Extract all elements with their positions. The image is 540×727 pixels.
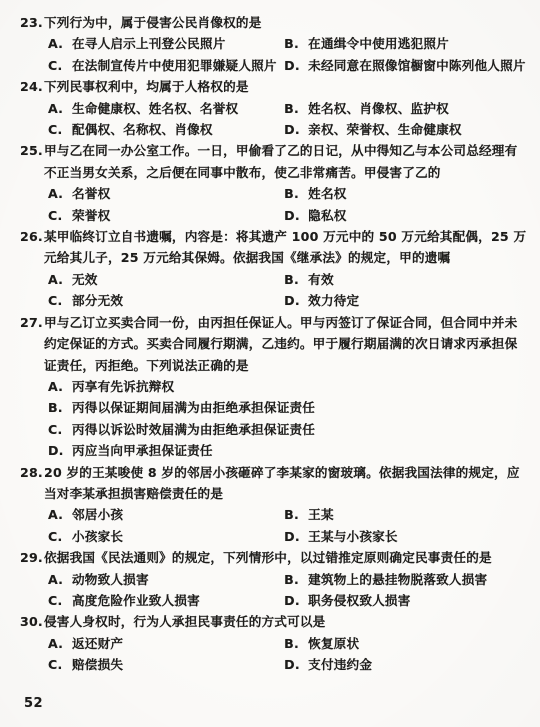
option-label: A.: [48, 183, 72, 204]
option-label: D.: [48, 440, 72, 461]
option-row: A.动物致人损害: [48, 569, 284, 590]
option-text: 王某: [308, 507, 334, 522]
option-label: C.: [48, 526, 72, 547]
option-text: 职务侵权致人损害: [308, 593, 410, 608]
option-row: C.高度危险作业致人损害: [48, 590, 284, 611]
option-row: C.配偶权、名称权、肖像权: [48, 119, 284, 140]
option-label: B.: [284, 98, 308, 119]
options-grid: A.丙享有先诉抗辩权B.丙得以保证期间届满为由拒绝承担保证责任C.丙得以诉讼时效…: [20, 376, 530, 462]
option-label: B.: [284, 269, 308, 290]
option-text: 动物致人损害: [72, 572, 149, 587]
question-block: 29.依据我国《民法通则》的规定，下列情形中，以过错推定原则确定民事责任的是A.…: [20, 547, 530, 611]
question-stem-text: 依据我国《民法通则》的规定，下列情形中，以过错推定原则确定民事责任的是: [44, 550, 492, 565]
options-grid: A.在寻人启示上刊登公民照片B.在通缉令中使用逃犯照片C.在法制宣传片中使用犯罪…: [20, 33, 530, 76]
option-text: 支付违约金: [308, 657, 372, 672]
question-number: 30.: [20, 611, 43, 632]
option-row: D.支付违约金: [284, 654, 530, 675]
option-text: 名誉权: [72, 186, 110, 201]
question-block: 27.甲与乙订立买卖合同一份，由丙担任保证人。甲与丙签订了保证合同，但合同中并未…: [20, 312, 530, 462]
option-row: D.未经同意在照像馆橱窗中陈列他人照片: [284, 55, 530, 76]
question-stem: 26.某甲临终订立自书遗嘱，内容是：将其遗产 100 万元中的 50 万元给其配…: [20, 226, 530, 269]
question-number: 25.: [20, 140, 43, 161]
option-text: 隐私权: [308, 208, 346, 223]
option-text: 姓名权: [308, 186, 346, 201]
option-row: A.生命健康权、姓名权、名誉权: [48, 98, 284, 119]
option-row: B.有效: [284, 269, 530, 290]
question-block: 26.某甲临终订立自书遗嘱，内容是：将其遗产 100 万元中的 50 万元给其配…: [20, 226, 530, 312]
option-text: 生命健康权、姓名权、名誉权: [72, 101, 238, 116]
question-list: 23.下列行为中，属于侵害公民肖像权的是A.在寻人启示上刊登公民照片B.在通缉令…: [20, 12, 530, 676]
option-text: 未经同意在照像馆橱窗中陈列他人照片: [308, 58, 526, 73]
question-number: 29.: [20, 547, 43, 568]
option-row: A.丙享有先诉抗辩权: [48, 376, 530, 397]
option-label: A.: [48, 633, 72, 654]
option-text: 小孩家长: [72, 529, 123, 544]
option-row: B.姓名权、肖像权、监护权: [284, 98, 530, 119]
option-row: D.隐私权: [284, 205, 530, 226]
question-stem-text: 下列民事权利中，均属于人格权的是: [44, 79, 249, 94]
option-label: B.: [48, 397, 72, 418]
option-row: D.丙应当向甲承担保证责任: [48, 440, 530, 461]
option-label: C.: [48, 290, 72, 311]
question-stem-text: 甲与乙订立买卖合同一份，由丙担任保证人。甲与丙签订了保证合同，但合同中并未约定保…: [44, 315, 517, 373]
option-row: B.在通缉令中使用逃犯照片: [284, 33, 530, 54]
question-stem: 27.甲与乙订立买卖合同一份，由丙担任保证人。甲与丙签订了保证合同，但合同中并未…: [20, 312, 530, 376]
options-grid: A.无效B.有效C.部分无效D.效力待定: [20, 269, 530, 312]
question-block: 30.侵害人身权时，行为人承担民事责任的方式可以是A.返还财产B.恢复原状C.赔…: [20, 611, 530, 675]
question-stem-text: 20 岁的王某唆使 8 岁的邻居小孩砸碎了李某家的窗玻璃。依据我国法律的规定，应…: [44, 465, 520, 501]
option-text: 丙得以诉讼时效届满为由拒绝承担保证责任: [72, 422, 315, 437]
question-stem: 30.侵害人身权时，行为人承担民事责任的方式可以是: [20, 611, 530, 632]
option-text: 在通缉令中使用逃犯照片: [308, 36, 449, 51]
option-text: 丙应当向甲承担保证责任: [72, 443, 213, 458]
option-label: B.: [284, 33, 308, 54]
option-row: B.王某: [284, 504, 530, 525]
option-text: 配偶权、名称权、肖像权: [72, 122, 213, 137]
question-stem: 24.下列民事权利中，均属于人格权的是: [20, 76, 530, 97]
option-row: A.返还财产: [48, 633, 284, 654]
option-label: D.: [284, 654, 308, 675]
option-label: D.: [284, 55, 308, 76]
option-row: D.效力待定: [284, 290, 530, 311]
option-row: C.小孩家长: [48, 526, 284, 547]
option-text: 效力待定: [308, 293, 359, 308]
option-label: D.: [284, 526, 308, 547]
option-label: D.: [284, 205, 308, 226]
option-text: 邻居小孩: [72, 507, 123, 522]
option-text: 在寻人启示上刊登公民照片: [72, 36, 226, 51]
option-text: 姓名权、肖像权、监护权: [308, 101, 449, 116]
option-row: C.丙得以诉讼时效届满为由拒绝承担保证责任: [48, 419, 530, 440]
option-row: D.王某与小孩家长: [284, 526, 530, 547]
option-label: A.: [48, 504, 72, 525]
question-stem: 29.依据我国《民法通则》的规定，下列情形中，以过错推定原则确定民事责任的是: [20, 547, 530, 568]
options-grid: A.邻居小孩B.王某C.小孩家长D.王某与小孩家长: [20, 504, 530, 547]
option-row: B.姓名权: [284, 183, 530, 204]
option-row: C.荣誉权: [48, 205, 284, 226]
option-row: A.无效: [48, 269, 284, 290]
option-label: C.: [48, 590, 72, 611]
option-label: B.: [284, 183, 308, 204]
option-text: 部分无效: [72, 293, 123, 308]
option-row: C.在法制宣传片中使用犯罪嫌疑人照片: [48, 55, 284, 76]
question-stem-text: 侵害人身权时，行为人承担民事责任的方式可以是: [44, 614, 325, 629]
option-text: 丙得以保证期间届满为由拒绝承担保证责任: [72, 400, 315, 415]
option-text: 有效: [308, 272, 334, 287]
question-stem-text: 某甲临终订立自书遗嘱，内容是：将其遗产 100 万元中的 50 万元给其配偶，2…: [44, 229, 526, 265]
question-stem: 25.甲与乙在同一办公室工作。一日，甲偷看了乙的日记，从中得知乙与本公司总经理有…: [20, 140, 530, 183]
option-text: 王某与小孩家长: [308, 529, 398, 544]
option-label: C.: [48, 119, 72, 140]
option-label: C.: [48, 55, 72, 76]
options-grid: A.名誉权B.姓名权C.荣誉权D.隐私权: [20, 183, 530, 226]
option-text: 恢复原状: [308, 636, 359, 651]
options-grid: A.动物致人损害B.建筑物上的悬挂物脱落致人损害C.高度危险作业致人损害D.职务…: [20, 569, 530, 612]
option-label: B.: [284, 633, 308, 654]
option-row: D.职务侵权致人损害: [284, 590, 530, 611]
question-block: 24.下列民事权利中，均属于人格权的是A.生命健康权、姓名权、名誉权B.姓名权、…: [20, 76, 530, 140]
question-number: 27.: [20, 312, 43, 333]
option-row: A.名誉权: [48, 183, 284, 204]
option-label: D.: [284, 119, 308, 140]
option-label: D.: [284, 590, 308, 611]
option-text: 荣誉权: [72, 208, 110, 223]
question-block: 23.下列行为中，属于侵害公民肖像权的是A.在寻人启示上刊登公民照片B.在通缉令…: [20, 12, 530, 76]
option-label: A.: [48, 98, 72, 119]
question-stem: 28.20 岁的王某唆使 8 岁的邻居小孩砸碎了李某家的窗玻璃。依据我国法律的规…: [20, 462, 530, 505]
option-label: A.: [48, 376, 72, 397]
page-number: 52: [24, 696, 43, 711]
option-label: C.: [48, 205, 72, 226]
question-number: 26.: [20, 226, 43, 247]
option-row: B.恢复原状: [284, 633, 530, 654]
options-grid: A.返还财产B.恢复原状C.赔偿损失D.支付违约金: [20, 633, 530, 676]
exam-page: 23.下列行为中，属于侵害公民肖像权的是A.在寻人启示上刊登公民照片B.在通缉令…: [0, 0, 540, 727]
option-text: 在法制宣传片中使用犯罪嫌疑人照片: [72, 58, 277, 73]
question-number: 28.: [20, 462, 43, 483]
options-grid: A.生命健康权、姓名权、名誉权B.姓名权、肖像权、监护权C.配偶权、名称权、肖像…: [20, 98, 530, 141]
option-text: 无效: [72, 272, 98, 287]
option-label: C.: [48, 419, 72, 440]
question-stem-text: 甲与乙在同一办公室工作。一日，甲偷看了乙的日记，从中得知乙与本公司总经理有不正当…: [44, 143, 517, 179]
option-row: B.建筑物上的悬挂物脱落致人损害: [284, 569, 530, 590]
option-row: B.丙得以保证期间届满为由拒绝承担保证责任: [48, 397, 530, 418]
option-label: A.: [48, 569, 72, 590]
option-label: A.: [48, 33, 72, 54]
question-block: 25.甲与乙在同一办公室工作。一日，甲偷看了乙的日记，从中得知乙与本公司总经理有…: [20, 140, 530, 226]
option-text: 亲权、荣誉权、生命健康权: [308, 122, 462, 137]
option-row: D.亲权、荣誉权、生命健康权: [284, 119, 530, 140]
option-label: A.: [48, 269, 72, 290]
option-label: C.: [48, 654, 72, 675]
question-number: 24.: [20, 76, 43, 97]
option-row: A.在寻人启示上刊登公民照片: [48, 33, 284, 54]
option-text: 赔偿损失: [72, 657, 123, 672]
question-stem-text: 下列行为中，属于侵害公民肖像权的是: [44, 15, 262, 30]
option-row: C.赔偿损失: [48, 654, 284, 675]
option-label: B.: [284, 569, 308, 590]
option-text: 返还财产: [72, 636, 123, 651]
question-block: 28.20 岁的王某唆使 8 岁的邻居小孩砸碎了李某家的窗玻璃。依据我国法律的规…: [20, 462, 530, 548]
question-stem: 23.下列行为中，属于侵害公民肖像权的是: [20, 12, 530, 33]
option-label: D.: [284, 290, 308, 311]
question-number: 23.: [20, 12, 43, 33]
option-label: B.: [284, 504, 308, 525]
option-row: A.邻居小孩: [48, 504, 284, 525]
option-text: 高度危险作业致人损害: [72, 593, 200, 608]
option-text: 建筑物上的悬挂物脱落致人损害: [308, 572, 487, 587]
option-text: 丙享有先诉抗辩权: [72, 379, 174, 394]
option-row: C.部分无效: [48, 290, 284, 311]
